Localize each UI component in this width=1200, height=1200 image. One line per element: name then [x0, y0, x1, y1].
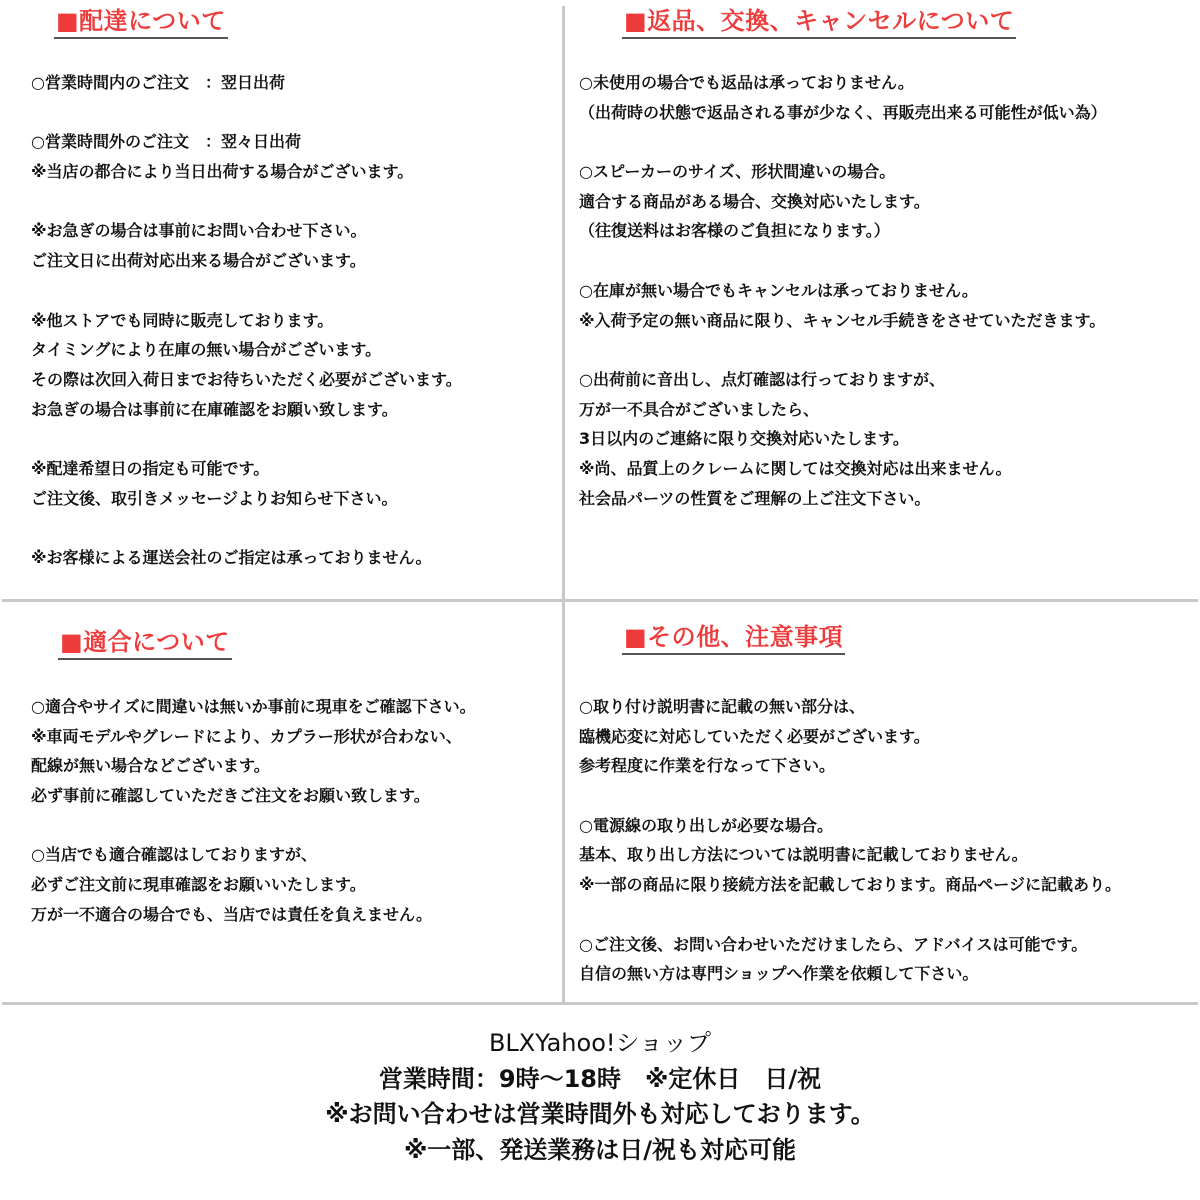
- section-body: ○営業時間内のご注文 ：翌日出荷○営業時間外のご注文 ：翌々日出荷※当店の都合に…: [31, 68, 462, 573]
- text-line: ご注文後、取引きメッセージよりお知らせ下さい。: [31, 484, 462, 514]
- text-line: ○適合やサイズに間違いは無いか事前に現車をご確認下さい。: [31, 692, 476, 722]
- text-line: ご注文日に出荷対応出来る場合がございます。: [31, 246, 462, 276]
- text-line: ○営業時間内のご注文 ：翌日出荷: [31, 68, 462, 98]
- text-line: ○電源線の取り出しが必要な場合。: [579, 811, 1121, 841]
- text-line: ※他ストアでも同時に販売しております。: [31, 306, 462, 336]
- text-line: 自信の無い方は専門ショップへ作業を依頼して下さい。: [579, 959, 1121, 989]
- text-line: ○出荷前に音出し、点灯確認は行っておりますが、: [579, 365, 1107, 395]
- text-line: お急ぎの場合は事前に在庫確認をお願い致します。: [31, 395, 462, 425]
- section-title: ■配達について: [54, 6, 228, 39]
- text-line: ※当店の都合により当日出荷する場合がございます。: [31, 157, 462, 187]
- text-line: ○営業時間外のご注文 ：翌々日出荷: [31, 127, 462, 157]
- text-line: 基本、取り出し方法については説明書に記載しておりません。: [579, 840, 1121, 870]
- shop-footer: BLXYahoo!ショップ 営業時間：9時〜18時 ※定休日 日/祝 ※お問い合…: [0, 1026, 1200, 1168]
- blank-line: [579, 127, 1107, 157]
- text-line: 配線が無い場合などございます。: [31, 751, 476, 781]
- text-line: ※入荷予定の無い商品に限り、キャンセル手続きをさせていただきます。: [579, 306, 1107, 336]
- blank-line: [579, 781, 1121, 811]
- blank-line: [31, 424, 462, 454]
- blank-line: [31, 513, 462, 543]
- text-line: 万が一不具合がございましたら、: [579, 395, 1107, 425]
- text-line: 万が一不適合の場合でも、当店では責任を負えません。: [31, 900, 476, 930]
- text-line: 必ず事前に確認していただきご注文をお願い致します。: [31, 781, 476, 811]
- blank-line: [579, 900, 1121, 930]
- text-line: 必ずご注文前に現車確認をお願いいたします。: [31, 870, 476, 900]
- text-line: ○未使用の場合でも返品は承っておりません。: [579, 68, 1107, 98]
- blank-line: [31, 98, 462, 128]
- section-other-notes: ■その他、注意事項 ○取り付け説明書に記載の無い部分は、臨機応変に対応していただ…: [566, 602, 1200, 1002]
- text-line: ○在庫が無い場合でもキャンセルは承っておりません。: [579, 276, 1107, 306]
- text-line: ○当店でも適合確認はしておりますが、: [31, 840, 476, 870]
- blank-line: [579, 246, 1107, 276]
- text-line: タイミングにより在庫の無い場合がございます。: [31, 335, 462, 365]
- section-title: ■適合について: [58, 627, 232, 660]
- text-line: ※車両モデルやグレードにより、カプラー形状が合わない、: [31, 722, 476, 752]
- section-body: ○適合やサイズに間違いは無いか事前に現車をご確認下さい。※車両モデルやグレードに…: [31, 692, 476, 930]
- section-compatibility: ■適合について ○適合やサイズに間違いは無いか事前に現車をご確認下さい。※車両モ…: [0, 602, 560, 1002]
- text-line: ○ご注文後、お問い合わせいただけましたら、アドバイスは可能です。: [579, 930, 1121, 960]
- text-line: ※お客様による運送会社のご指定は承っておりません。: [31, 543, 462, 573]
- horizontal-divider-bottom: [2, 1002, 1198, 1005]
- text-line: 臨機応変に対応していただく必要がございます。: [579, 722, 1121, 752]
- shipping-note: ※一部、発送業務は日/祝も対応可能: [0, 1133, 1200, 1169]
- blank-line: [31, 276, 462, 306]
- section-body: ○未使用の場合でも返品は承っておりません。（出荷時の状態で返品される事が少なく、…: [579, 68, 1107, 513]
- vertical-divider: [562, 6, 565, 1004]
- blank-line: [31, 811, 476, 841]
- section-body: ○取り付け説明書に記載の無い部分は、臨機応変に対応していただく必要がございます。…: [579, 692, 1121, 989]
- text-line: （出荷時の状態で返品される事が少なく、再販売出来る可能性が低い為）: [579, 98, 1107, 128]
- text-line: ※配達希望日の指定も可能です。: [31, 454, 462, 484]
- text-line: 参考程度に作業を行なって下さい。: [579, 751, 1121, 781]
- shop-name: BLXYahoo!ショップ: [0, 1026, 1200, 1062]
- section-delivery: ■配達について ○営業時間内のご注文 ：翌日出荷○営業時間外のご注文 ：翌々日出…: [0, 0, 560, 598]
- section-title: ■その他、注意事項: [622, 622, 845, 655]
- inquiry-note: ※お問い合わせは営業時間外も対応しております。: [0, 1097, 1200, 1133]
- section-title: ■返品、交換、キャンセルについて: [622, 6, 1016, 39]
- text-line: 適合する商品がある場合、交換対応いたします。: [579, 187, 1107, 217]
- text-line: ※一部の商品に限り接続方法を記載しております。商品ページに記載あり。: [579, 870, 1121, 900]
- text-line: 3日以内のご連絡に限り交換対応いたします。: [579, 424, 1107, 454]
- business-hours: 営業時間：9時〜18時 ※定休日 日/祝: [0, 1062, 1200, 1098]
- text-line: ※尚、品質上のクレームに関しては交換対応は出来ません。: [579, 454, 1107, 484]
- text-line: （往復送料はお客様のご負担になります。）: [579, 216, 1107, 246]
- text-line: ○取り付け説明書に記載の無い部分は、: [579, 692, 1121, 722]
- text-line: その際は次回入荷日までお待ちいただく必要がございます。: [31, 365, 462, 395]
- section-returns-exchange-cancel: ■返品、交換、キャンセルについて ○未使用の場合でも返品は承っておりません。（出…: [566, 0, 1200, 598]
- text-line: 社会品パーツの性質をご理解の上ご注文下さい。: [579, 484, 1107, 514]
- text-line: ○スピーカーのサイズ、形状間違いの場合。: [579, 157, 1107, 187]
- blank-line: [31, 187, 462, 217]
- blank-line: [579, 335, 1107, 365]
- text-line: ※お急ぎの場合は事前にお問い合わせ下さい。: [31, 216, 462, 246]
